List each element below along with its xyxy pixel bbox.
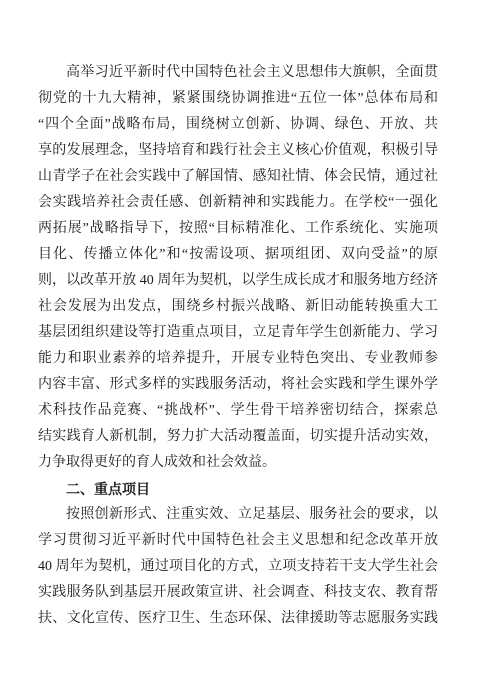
text-line: 高举习近平新时代中国特色社会主义思想伟大旗帜，全面贯 <box>38 60 438 86</box>
text-line: 则，以改革开放 40 周年为契机，以学生成长成才和服务地方经济 <box>38 268 438 294</box>
text-line: 两拓展”战略指导下，按照“目标精准化、工作系统化、实施项 <box>38 216 438 242</box>
text-line: 基层团组织建设等打造重点项目，立足青年学生创新能力、学习 <box>38 320 438 346</box>
text-line: 40 周年为契机，通过项目化的方式，立项支持若干支大学生社会 <box>38 554 438 580</box>
text-line: 会实践培养社会责任感、创新精神和实践能力。在学校“一强化 <box>38 190 438 216</box>
text-line: 社会发展为出发点，围绕乡村振兴战略、新旧动能转换重大工程、 <box>38 294 438 320</box>
text-line: 内容丰富、形式多样的实践服务活动，将社会实践和学生课外学 <box>38 372 438 398</box>
text-line: 学习贯彻习近平新时代中国特色社会主义思想和纪念改革开放 <box>38 528 438 554</box>
text-line: 扶、文化宣传、医疗卫生、生态环保、法律援助等志愿服务实践 <box>38 606 438 632</box>
text-line: 力争取得更好的育人成效和社会效益。 <box>38 450 438 476</box>
text-line: 彻党的十九大精神，紧紧围绕协调推进“五位一体”总体布局和 <box>38 86 438 112</box>
text-line: 按照创新形式、注重实效、立足基层、服务社会的要求，以 <box>38 502 438 528</box>
text-line: 术科技作品竞赛、“挑战杯”、学生骨干培养密切结合，探索总 <box>38 398 438 424</box>
text-line: 结实践育人新机制，努力扩大活动覆盖面，切实提升活动实效， <box>38 424 438 450</box>
text-line: “四个全面”战略布局，围绕树立创新、协调、绿色、开放、共 <box>38 112 438 138</box>
text-line: 能力和职业素养的培养提升，开展专业特色突出、专业教师参与、 <box>38 346 438 372</box>
text-line: 享的发展理念，坚持培育和践行社会主义核心价值观，积极引导 <box>38 138 438 164</box>
section-heading: 二、重点项目 <box>38 476 438 502</box>
document-text-block: 高举习近平新时代中国特色社会主义思想伟大旗帜，全面贯彻党的十九大精神，紧紧围绕协… <box>38 60 438 632</box>
text-line: 山青学子在社会实践中了解国情、感知社情、体会民情，通过社 <box>38 164 438 190</box>
document-page: 高举习近平新时代中国特色社会主义思想伟大旗帜，全面贯彻党的十九大精神，紧紧围绕协… <box>0 0 477 689</box>
text-line: 目化、传播立体化”和“按需设项、据项组团、双向受益”的原 <box>38 242 438 268</box>
text-line: 实践服务队到基层开展政策宣讲、社会调查、科技支农、教育帮 <box>38 580 438 606</box>
